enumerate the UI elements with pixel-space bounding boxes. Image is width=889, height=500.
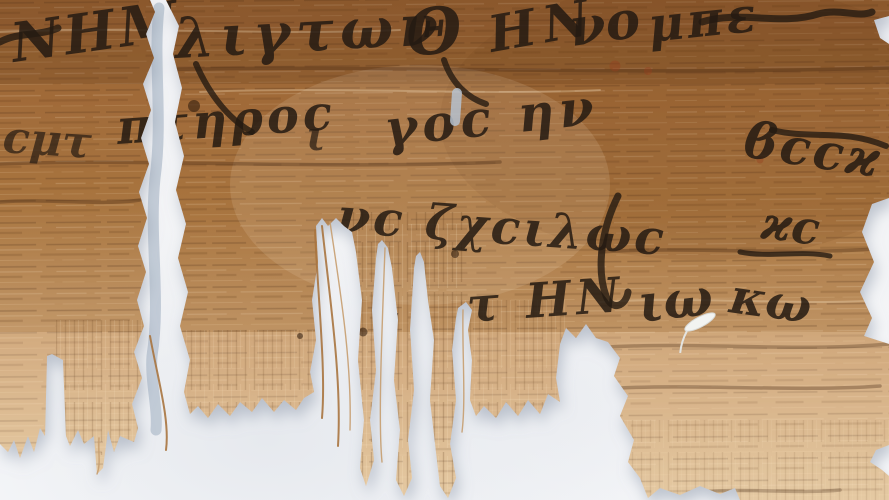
fibre-strand	[380, 248, 385, 462]
inscription-segment: Θ	[403, 0, 465, 72]
papyrus-surface: ΝΗΜ λιγτων Θ ΗΝ νο μπε ϲμτ πτηροϲ ι γοϲ …	[0, 0, 889, 500]
stain-dot	[644, 67, 652, 75]
papyrus-photo-stage: ΝΗΜ λιγτων Θ ΗΝ νο μπε ϲμτ πτηροϲ ι γοϲ …	[0, 0, 889, 500]
ink-flourish-scrawl	[740, 252, 830, 256]
fibre-strand	[462, 310, 464, 432]
worm-hole	[297, 333, 303, 339]
left-finger-grain	[56, 320, 142, 455]
papyrus-photo: ΝΗΜ λιγτων Θ ΗΝ νο μπε ϲμτ πτηροϲ ι γοϲ …	[0, 0, 889, 500]
inscription-segment: ϲμτ	[1, 112, 93, 169]
column-grain	[184, 330, 318, 420]
inscription-segment: ι τ	[338, 297, 398, 344]
inscription-segment: κω	[725, 268, 815, 335]
stain-dot	[610, 61, 621, 72]
crease-streak	[620, 386, 880, 388]
fibre-strand	[322, 226, 339, 446]
inscription-segment: νο	[565, 0, 644, 59]
inscription-segment: ι	[306, 113, 325, 160]
crease-streak	[0, 200, 140, 202]
strip-grain	[348, 212, 464, 500]
slab-grain	[606, 420, 889, 500]
crease-streak	[700, 490, 840, 492]
fibre-strand	[315, 230, 323, 418]
inscription-segment: ϰϲ	[758, 195, 823, 256]
